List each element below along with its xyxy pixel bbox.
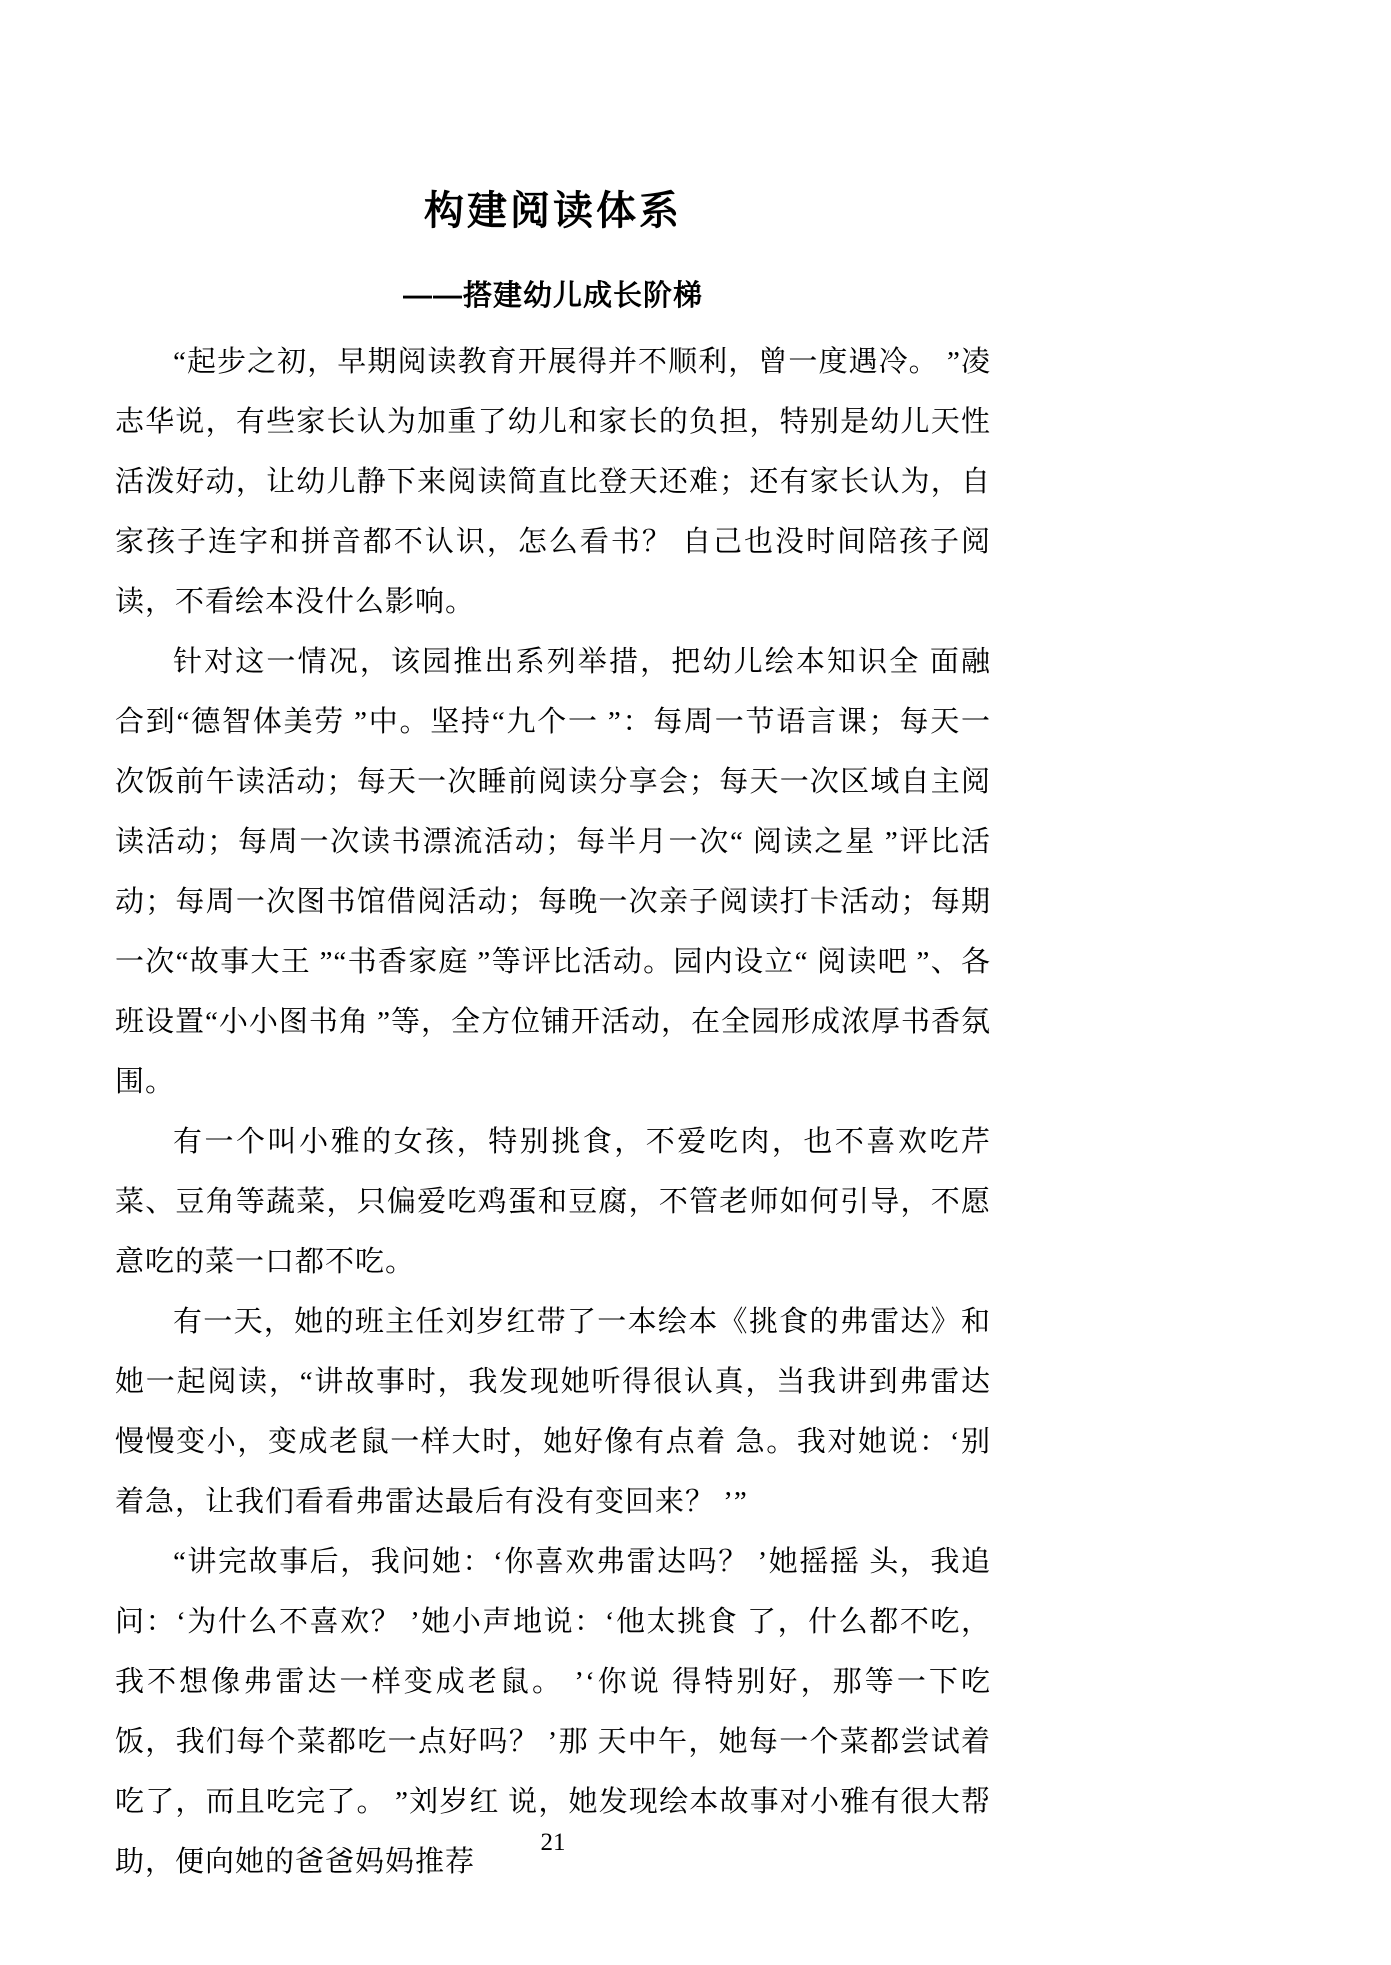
document-content: 构建阅读体系 ——搭建幼儿成长阶梯 “起步之初，早期阅读教育开展得并不顺利，曾一… [115, 186, 991, 1892]
page-subtitle: ——搭建幼儿成长阶梯 [115, 276, 991, 316]
document-body: “起步之初，早期阅读教育开展得并不顺利，曾一度遇冷。 ”凌志华说，有些家长认为加… [115, 332, 991, 1892]
paragraph-3: 有一个叫小雅的女孩，特别挑食，不爱吃肉，也不喜欢吃芹菜、豆角等蔬菜，只偏爱吃鸡蛋… [115, 1112, 991, 1292]
page-number: 21 [115, 1826, 991, 1860]
paragraph-4: 有一天，她的班主任刘岁红带了一本绘本《挑食的弗雷达》和她一起阅读，“讲故事时，我… [115, 1292, 991, 1532]
document-page: 构建阅读体系 ——搭建幼儿成长阶梯 “起步之初，早期阅读教育开展得并不顺利，曾一… [0, 0, 1391, 1965]
paragraph-2: 针对这一情况，该园推出系列举措，把幼儿绘本知识全 面融合到“德智体美劳 ”中。坚… [115, 632, 991, 1112]
page-title: 构建阅读体系 [115, 186, 991, 236]
paragraph-1: “起步之初，早期阅读教育开展得并不顺利，曾一度遇冷。 ”凌志华说，有些家长认为加… [115, 332, 991, 632]
